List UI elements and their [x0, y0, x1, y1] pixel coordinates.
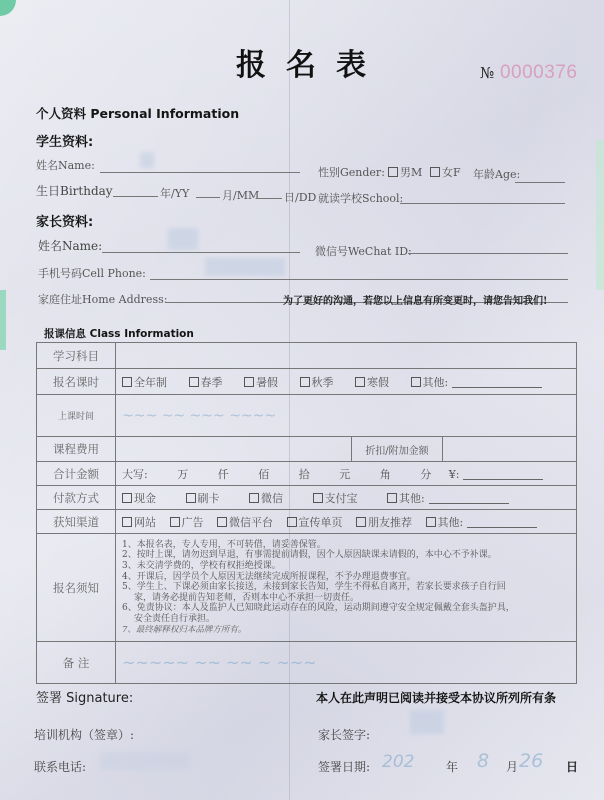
address-label: 家庭住址Home Address: [38, 291, 167, 307]
terms-list: 1、本报名表，专人专用，不可转借，请妥善保管。 2、按时上课，请勿迟到早退，有事… [116, 534, 577, 642]
phone-label: 手机号码Cell Phone: [38, 265, 146, 281]
checkbox[interactable] [249, 493, 259, 503]
period-option[interactable]: 暑假 [244, 374, 278, 390]
form-title: 报名表 [236, 40, 386, 84]
table-row: 报名须知 1、本报名表，专人专用，不可转借，请妥善保管。 2、按时上课，请勿迟到… [37, 534, 577, 642]
payment-label: 付款方式 [37, 486, 116, 510]
checkbox[interactable] [356, 517, 366, 527]
table-row: 课程费用 折扣/附加金额 [37, 437, 577, 462]
checkbox[interactable] [122, 493, 132, 503]
remarks-field[interactable]: ~~~~~ ~~ ~~ ~ ~~~ [116, 642, 577, 684]
month-label: 月/MM [222, 187, 259, 203]
serial-value: 0000376 [500, 62, 577, 83]
org-stamp-label: 培训机构（签章）: [34, 726, 134, 743]
payment-option[interactable]: 支付宝 [313, 490, 358, 506]
contact-phone-label: 联系电话: [34, 758, 86, 775]
table-row: 上课时间 ~~~ ~~ ~~~ ~~~~ [37, 395, 577, 437]
gender-male-option[interactable]: 男M [388, 164, 422, 180]
handwriting-redacted [140, 152, 154, 168]
discount-label: 折扣/附加金额 [351, 437, 443, 461]
total-amount-field[interactable]: 大写: 万 仟 佰 拾 元 角 分 ¥: [116, 462, 577, 486]
period-other-field[interactable] [452, 387, 542, 388]
background-object [0, 0, 16, 16]
class-time-field[interactable]: ~~~ ~~ ~~~ ~~~~ [116, 395, 577, 437]
handwriting-redacted [100, 752, 190, 770]
checkbox[interactable] [426, 517, 436, 527]
age-label: 年龄Age: [473, 166, 520, 182]
update-notice: 为了更好的沟通，若您以上信息有所变更时，请您告知我们! [283, 292, 547, 307]
class-time-label: 上课时间 [37, 395, 116, 437]
period-option[interactable]: 秋季 [300, 374, 334, 390]
terms-item: 安全责任自行承担。 [122, 614, 570, 625]
class-info-table: 学习科目 报名课时 全年制 春季 暑假 秋季 寒假 其他: 上课时间 ~~~ ~… [36, 342, 577, 684]
handwriting-redacted [410, 710, 444, 734]
signature-heading: 签署 Signature: [36, 687, 133, 706]
parent-name-field[interactable] [102, 252, 300, 253]
table-row: 付款方式 现金 刷卡 微信 支付宝 其他: [37, 486, 577, 510]
table-row: 合计金额 大写: 万 仟 佰 拾 元 角 分 ¥: [37, 462, 577, 486]
month-label: 月 [506, 758, 518, 775]
terms-item: 6、免责协议：本人及监护人已知晓此运动存在的风险，运动期间遵守安全规定佩戴全套头… [122, 603, 570, 614]
payment-option[interactable]: 微信 [249, 490, 283, 506]
checkbox[interactable] [355, 377, 365, 387]
student-name-field[interactable] [100, 172, 300, 173]
channel-label: 获知渠道 [37, 510, 116, 534]
period-options: 全年制 春季 暑假 秋季 寒假 其他: [116, 369, 577, 395]
terms-item: 2、按时上课，请勿迟到早退，有事需提前请假，因个人原因缺课未请假的，本中心不予补… [122, 550, 570, 561]
terms-item: 4、开课后，因学员个人原因无法继续完成所报课程，不予办理退费事宜。 [122, 572, 570, 583]
student-info-heading: 学生资料: [36, 131, 93, 150]
terms-item: 1、本报名表，专人专用，不可转借，请妥善保管。 [122, 540, 570, 551]
sign-month-value: 8 [477, 750, 489, 772]
channel-option[interactable]: 网站 [122, 514, 156, 530]
age-field[interactable] [515, 182, 565, 183]
sign-day-value: 26 [519, 750, 543, 772]
period-option[interactable]: 寒假 [355, 374, 389, 390]
checkbox[interactable] [411, 377, 421, 387]
table-row: 备 注 ~~~~~ ~~ ~~ ~ ~~~ [37, 642, 577, 684]
birth-day-field[interactable] [256, 198, 282, 199]
handwriting-illegible: ~~~~~ ~~ ~~ ~ ~~~ [122, 653, 317, 672]
birth-month-field[interactable] [196, 197, 220, 198]
channel-option[interactable]: 广告 [170, 514, 204, 530]
terms-item: 7、最终解释权归本品牌方所有。 [122, 625, 570, 636]
terms-item: 家，请务必提前告知老师，否则本中心不承担一切责任。 [122, 593, 570, 604]
fee-cells: 折扣/附加金额 [116, 437, 577, 462]
school-field[interactable] [400, 203, 565, 204]
payment-option-other[interactable]: 其他: [387, 490, 425, 506]
checkbox[interactable] [122, 377, 132, 387]
payment-options: 现金 刷卡 微信 支付宝 其他: [116, 486, 577, 510]
checkbox[interactable] [122, 517, 132, 527]
terms-item: 5、学生上、下课必须由家长接送，未接到家长告知，学生不得私自离开，若家长要求孩子… [122, 582, 570, 593]
checkbox[interactable] [387, 493, 397, 503]
payment-option[interactable]: 刷卡 [186, 490, 220, 506]
parent-signature-label: 家长签字: [318, 726, 370, 743]
personal-info-heading: 个人资料 Personal Information [36, 104, 239, 122]
serial-prefix: № [480, 64, 494, 82]
checkbox[interactable] [186, 493, 196, 503]
gender-female-option[interactable]: 女F [430, 164, 461, 180]
checkbox[interactable] [244, 377, 254, 387]
subject-label: 学习科目 [37, 343, 116, 369]
wechat-field[interactable] [408, 253, 568, 254]
parent-name-label: 姓名Name: [38, 237, 102, 254]
day-label: 日/DD [284, 189, 316, 205]
checkbox[interactable] [313, 493, 323, 503]
declaration-text: 本人在此声明已阅读并接受本协议所列所有条 [316, 689, 556, 706]
channel-other-field[interactable] [467, 527, 537, 528]
year-label: 年 [446, 758, 458, 775]
checkbox[interactable] [287, 517, 297, 527]
background-object [0, 290, 6, 350]
fee-label: 课程费用 [37, 437, 116, 462]
student-name-label: 姓名Name: [36, 157, 95, 173]
channel-options: 网站 广告 微信平台 宣传单页 朋友推荐 其他: [116, 510, 577, 534]
year-label: 年/YY [160, 185, 189, 201]
table-row: 获知渠道 网站 广告 微信平台 宣传单页 朋友推荐 其他: [37, 510, 577, 534]
wechat-label: 微信号WeChat ID: [315, 243, 412, 259]
subject-field[interactable] [116, 343, 577, 369]
day-label: 日 [566, 758, 578, 775]
channel-option-other[interactable]: 其他: [426, 514, 464, 530]
checkbox[interactable] [217, 517, 227, 527]
payment-other-field[interactable] [429, 503, 509, 504]
handwriting-illegible: ~~~ ~~ ~~~ ~~~~ [122, 408, 276, 424]
checkbox[interactable] [189, 377, 199, 387]
sign-date-label: 签署日期: [318, 758, 370, 775]
parent-info-heading: 家长资料: [36, 211, 93, 230]
handwriting-redacted [168, 228, 198, 250]
terms-label: 报名须知 [37, 534, 116, 642]
sign-year-value: 202 [382, 752, 414, 772]
birth-year-field[interactable] [113, 196, 158, 197]
payment-option[interactable]: 现金 [122, 490, 156, 506]
channel-option[interactable]: 朋友推荐 [356, 514, 412, 530]
checkbox[interactable] [170, 517, 180, 527]
background-object [596, 140, 604, 290]
handwriting-redacted [205, 258, 285, 276]
class-info-heading: 报课信息 Class Information [44, 326, 194, 341]
checkbox[interactable] [388, 167, 398, 177]
phone-field[interactable] [150, 279, 568, 280]
terms-item: 3、未交清学费的，学校有权拒绝授课。 [122, 561, 570, 572]
total-numeric-field[interactable] [463, 479, 543, 480]
school-label: 就读学校School: [318, 190, 403, 206]
period-option[interactable]: 春季 [189, 374, 223, 390]
birthday-label: 生日Birthday [36, 182, 113, 199]
channel-option[interactable]: 微信平台 [217, 514, 273, 530]
channel-option[interactable]: 宣传单页 [287, 514, 343, 530]
remarks-label: 备 注 [37, 642, 116, 684]
fee-field[interactable] [116, 437, 351, 461]
period-option[interactable]: 全年制 [122, 374, 167, 390]
checkbox[interactable] [430, 167, 440, 177]
serial-number: № 0000376 [480, 62, 577, 84]
discount-field[interactable] [443, 437, 576, 461]
checkbox[interactable] [300, 377, 310, 387]
period-label: 报名课时 [37, 369, 116, 395]
table-row: 学习科目 [37, 343, 577, 369]
table-row: 报名课时 全年制 春季 暑假 秋季 寒假 其他: [37, 369, 577, 395]
total-label: 合计金额 [37, 462, 116, 486]
period-option-other[interactable]: 其他: [411, 374, 449, 390]
gender-label: 性别Gender: [318, 164, 385, 180]
